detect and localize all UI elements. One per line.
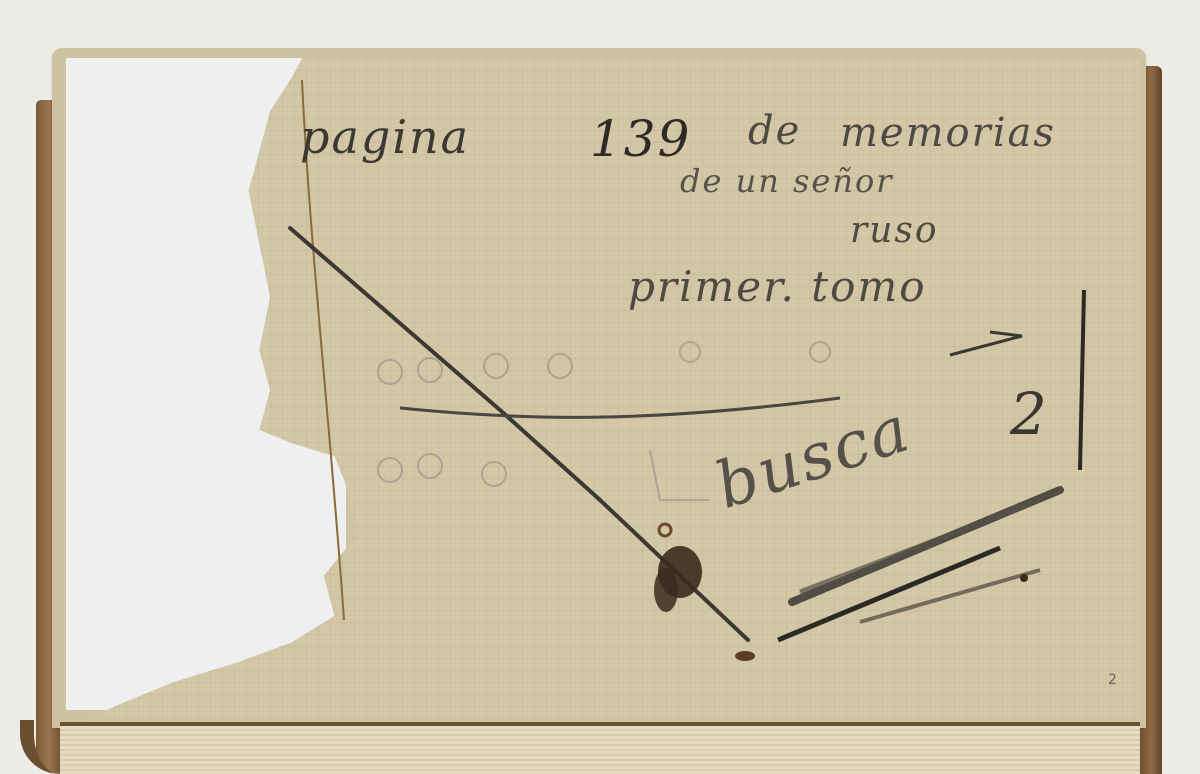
notebook-photo: pagina 139 de memorias de un señor ruso … [0, 0, 1200, 774]
note-primer-tomo: primer. tomo [628, 262, 927, 311]
note-memorias: memorias [840, 110, 1056, 156]
note-ruso: ruso [850, 210, 939, 251]
note-pagina: pagina [300, 110, 470, 164]
note-de-un-senor: de un señor [680, 162, 894, 200]
note-page-number: 139 [590, 110, 691, 168]
page-number: 2 [1108, 672, 1117, 688]
note-mark-2: 2 [1010, 380, 1049, 448]
note-de: de [748, 108, 801, 154]
